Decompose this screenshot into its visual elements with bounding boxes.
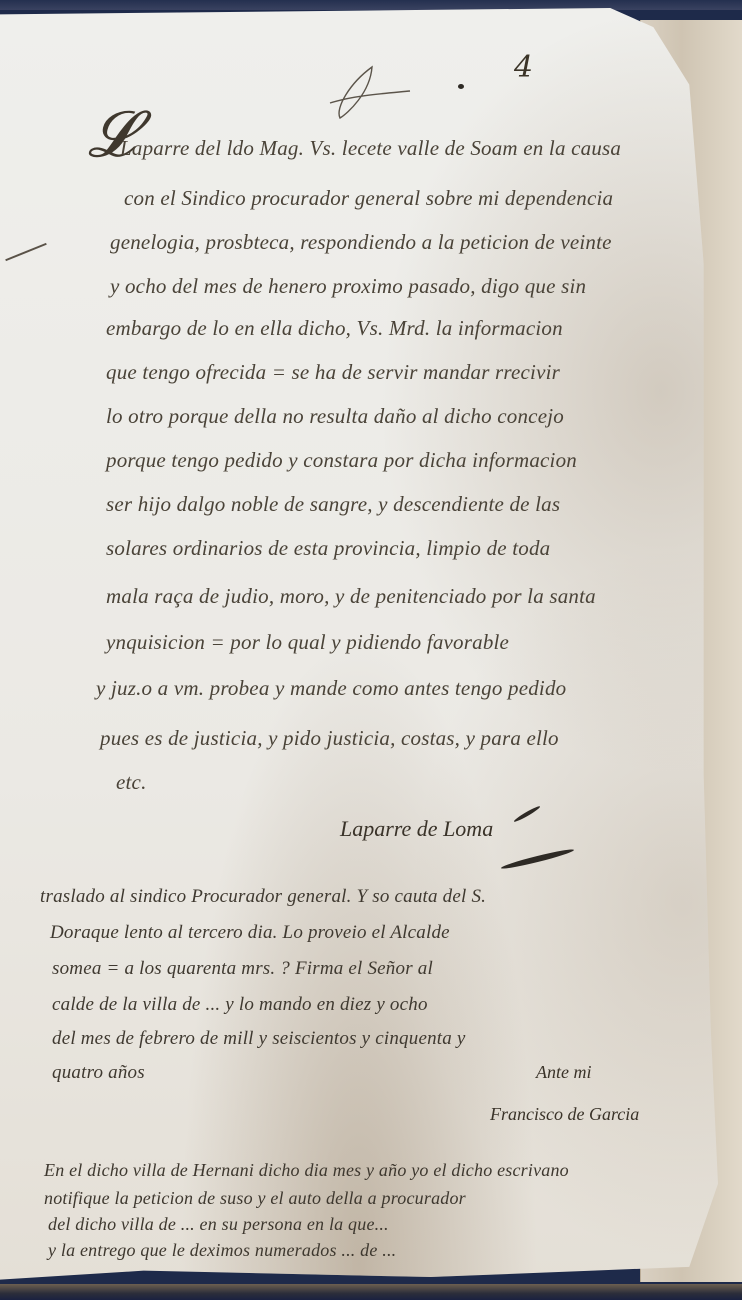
manuscript-page: 4 𝓛 Laparre del ldo Mag. Vs. lecete vall…	[0, 8, 718, 1286]
text-line: solares ordinarios de esta provincia, li…	[106, 536, 550, 561]
signature-ante-mi: Ante mi	[536, 1062, 592, 1083]
text-line: somea = a los quarenta mrs. ? Firma el S…	[52, 958, 433, 980]
text-line: mala raça de judio, moro, y de penitenci…	[106, 584, 596, 609]
text-line: ser hijo dalgo noble de sangre, y descen…	[106, 492, 560, 517]
text-line: etc.	[116, 770, 147, 795]
scanner-background-top	[0, 0, 742, 10]
text-line: quatro años	[52, 1062, 145, 1084]
text-line: genelogia, prosbteca, respondiendo a la …	[110, 230, 612, 255]
text-line: que tengo ofrecida = se ha de servir man…	[106, 360, 560, 385]
text-line: embargo de lo en ella dicho, Vs. Mrd. la…	[106, 316, 563, 341]
text-line: y juz.o a vm. probea y mande como antes …	[96, 676, 566, 701]
signature-flourish	[500, 847, 574, 871]
text-line: Doraque lento al tercero dia. Lo proveio…	[50, 922, 450, 944]
text-line: porque tengo pedido y constara por dicha…	[106, 448, 577, 473]
text-line: del dicho villa de ... en su persona en …	[48, 1214, 389, 1235]
text-line: En el dicho villa de Hernani dicho dia m…	[44, 1160, 569, 1181]
torn-bottom-edge	[0, 1284, 742, 1300]
text-line: traslado al sindico Procurador general. …	[40, 886, 486, 908]
ink-dot	[458, 84, 464, 89]
folio-number: 4	[514, 50, 533, 85]
text-line: del mes de febrero de mill y seiscientos…	[52, 1028, 466, 1050]
signature-escribano: Francisco de Garcia	[490, 1104, 639, 1125]
text-line: ynquisicion = por lo qual y pidiendo fav…	[106, 630, 509, 655]
rubric-flourish-icon	[310, 63, 420, 123]
text-line: y ocho del mes de henero proximo pasado,…	[110, 274, 586, 299]
text-line: calde de la villa de ... y lo mando en d…	[52, 994, 428, 1016]
text-line: Laparre del ldo Mag. Vs. lecete valle de…	[120, 136, 621, 161]
text-line: con el Sindico procurador general sobre …	[124, 186, 613, 211]
text-line: notifique la peticion de suso y el auto …	[44, 1188, 466, 1209]
text-line: y la entrego que le deximos numerados ..…	[48, 1240, 396, 1261]
margin-mark	[5, 243, 47, 261]
text-line: pues es de justicia, y pido justicia, co…	[100, 726, 559, 751]
text-line: lo otro porque della no resulta daño al …	[106, 404, 564, 429]
signature-petitioner: Laparre de Loma	[340, 816, 493, 842]
signature-flourish	[513, 805, 541, 823]
